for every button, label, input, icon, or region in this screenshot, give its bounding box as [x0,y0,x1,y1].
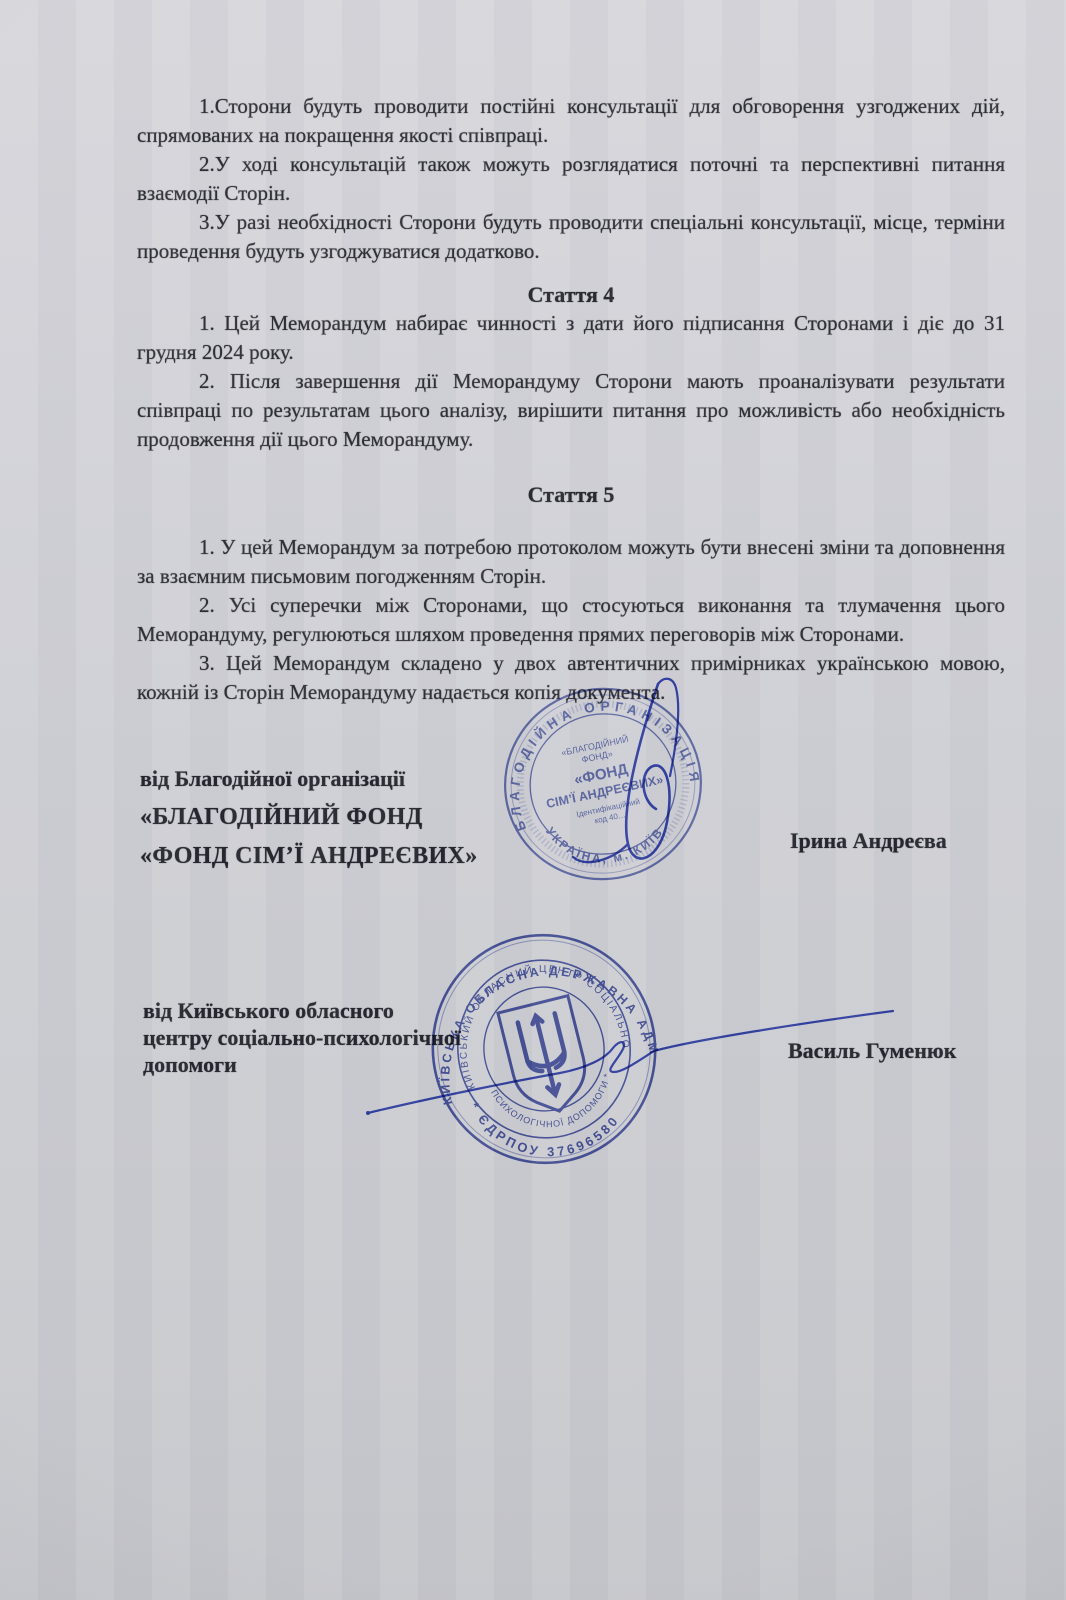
signature-stroke [368,1011,893,1113]
signature-stroke [573,844,628,862]
signatory-block-fund: від Благодійної організації «БЛАГОДІЙНИЙ… [140,760,500,876]
article-5-title: Стаття 5 [137,480,1005,509]
signature-stroke [658,679,678,776]
signatory-from-line: від Благодійної організації [140,760,500,798]
article-4-paragraph-2: 2. Після завершення дії Меморандуму Стор… [137,367,1005,454]
intro-paragraph-1: 1.Сторони будуть проводити постійні конс… [137,92,1005,150]
article-4-title: Стаття 4 [137,280,1005,309]
signatory-org-line: «БЛАГОДІЙНИЙ ФОНД [140,798,500,837]
signatory-org-line: «ФОНД СІМ’Ї АНДРЕЄВИХ» [140,837,500,876]
intro-paragraph-2: 2.У ході консультацій також можуть розгл… [137,150,1005,208]
document-text: 1.Сторони будуть проводити постійні конс… [137,92,1005,707]
article-5-paragraph-2: 2. Усі суперечки між Сторонами, що стосу… [137,591,1005,649]
article-5-paragraph-1: 1. У цей Меморандум за потребою протокол… [137,533,1005,591]
signatory-name-iryna-andreieva: Ірина Андреєва [790,828,947,854]
handwritten-signature-vasyl [360,985,905,1125]
article-4-paragraph-1: 1. Цей Меморандум набирає чинності з дат… [137,309,1005,367]
handwritten-signature-iryna [566,672,736,887]
intro-paragraph-3: 3.У разі необхідності Сторони будуть про… [137,208,1005,266]
scanned-memorandum-page: 1.Сторони будуть проводити постійні конс… [0,0,1066,1600]
signature-stroke [626,684,669,858]
